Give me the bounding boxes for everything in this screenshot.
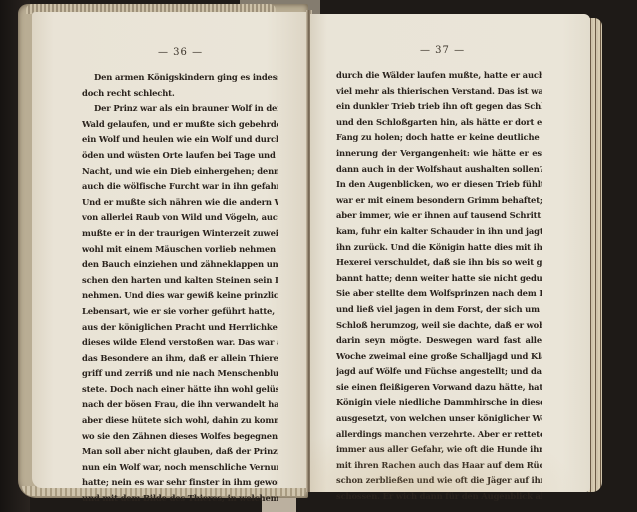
text-line: darin seyn mögte. Deswegen ward fast all… <box>336 333 542 349</box>
text-line: schossen. Er wich dann für den Augenblic… <box>336 489 542 505</box>
text-line: doch recht schlecht. <box>82 86 278 102</box>
text-line: Hexerei verschuldet, daß sie ihn bis so … <box>336 255 542 271</box>
text-line: Schloß herumzog, weil sie dachte, daß er… <box>336 318 542 334</box>
text-line: allerdings manchen verzehrte. Aber er re… <box>336 427 542 443</box>
text-line: den Bauch einziehen und zähneklappen und… <box>82 257 278 273</box>
page-number: — 37 — <box>420 45 465 56</box>
text-line: immer aus aller Gefahr, wie oft die Hund… <box>336 442 542 458</box>
text-line: aber immer, wie er ihnen auf tausend Sch… <box>336 208 542 224</box>
text-line: nun ein Wolf war, noch menschliche Vernu… <box>82 460 278 476</box>
text-line: auch die wölfische Furcht war in ihn gef… <box>82 179 278 195</box>
text-line: Man soll aber nicht glauben, daß der Pri… <box>82 444 278 460</box>
text-line: wohl mit einem Mäuschen vorlieb nehmen u… <box>82 242 278 258</box>
text-line: Fang zu holen; doch hatte er keine deutl… <box>336 130 542 146</box>
text-line: war er mit einem besondern Grimm behafte… <box>336 193 542 209</box>
text-line: griff und zerriß und nie nach Menschenbl… <box>82 366 278 382</box>
text-line: schon zerbließen und wie oft die Jäger a… <box>336 473 542 489</box>
text-line: öden und wüsten Orte laufen bei Tage und… <box>82 148 278 164</box>
text-line: Woche zweimal eine große Schalljagd und … <box>336 349 542 365</box>
text-line: und ließ viel jagen in dem Forst, der si… <box>336 302 542 318</box>
text-line: nehmen. Und dies war gewiß keine prinzli… <box>82 288 278 304</box>
text-line: und mit dem Bilde des Thieres, in welche… <box>82 491 278 507</box>
text-line: nach der bösen Frau, die ihn verwandelt … <box>82 397 278 413</box>
text-line: Den armen Königskindern ging es indessen <box>82 70 278 86</box>
text-line: Nacht, und wie ein Dieb einhergehen; den… <box>82 164 278 180</box>
page-text: durch die Wälder laufen mußte, hatte er … <box>336 68 542 505</box>
text-line: und den Schloßgarten hin, als hätte er d… <box>336 115 542 131</box>
text-line: ein Wolf und heulen wie ein Wolf und dur… <box>82 132 278 148</box>
text-line: innerung der Vergangenheit: wie hätte er… <box>336 146 542 162</box>
book-fore-edge <box>588 18 602 492</box>
text-line: viel mehr als thierischen Verstand. Das … <box>336 84 542 100</box>
page-number: — 36 — <box>158 47 203 58</box>
text-line: Wald gelaufen, und er mußte sich gebehrd… <box>82 117 278 133</box>
text-line: Königin viele niedliche Dammhirsche in d… <box>336 395 542 411</box>
text-line: kam, fuhr ein kalter Schauder in ihn und… <box>336 224 542 240</box>
text-line: Und er mußte sich nähren wie die andern … <box>82 195 278 211</box>
text-line: mit ihren Rachen auch das Haar auf dem R… <box>336 458 542 474</box>
text-line: dann auch in der Wolfshaut aushalten sol… <box>336 162 542 178</box>
text-line: durch die Wälder laufen mußte, hatte er … <box>336 68 542 84</box>
text-line: wo sie den Zähnen dieses Wolfes begegnen… <box>82 429 278 445</box>
text-line: mußte er in der traurigen Winterzeit zuw… <box>82 226 278 242</box>
text-line: sie einen fleißigeren Vorwand dazu hätte… <box>336 380 542 396</box>
text-line: von allerlei Raub von Wild und Vögeln, a… <box>82 210 278 226</box>
text-line: jagd auf Wölfe und Füchse angestellt; un… <box>336 364 542 380</box>
text-line: dieses wilde Elend verstoßen war. Das wa… <box>82 335 278 351</box>
text-line: Sie aber stellte dem Wolfsprinzen nach d… <box>336 286 542 302</box>
text-line: schen den harten und kalten Steinen sein… <box>82 273 278 289</box>
text-line: ein dunkler Trieb trieb ihn oft gegen da… <box>336 99 542 115</box>
text-line: In den Augenblicken, wo er diesen Trieb … <box>336 177 542 193</box>
text-line: stete. Doch nach einer hätte ihn wohl ge… <box>82 382 278 398</box>
text-line: Der Prinz war als ein brauner Wolf in de… <box>82 101 278 117</box>
right-page: — 37 — durch die Wälder laufen mußte, ha… <box>310 14 590 492</box>
text-line: bannt hatte; denn weiter hatte sie nicht… <box>336 271 542 287</box>
text-line: ausgesetzt, von welchen unser königliche… <box>336 411 542 427</box>
left-page: — 36 — Den armen Königskindern ging es i… <box>32 12 308 488</box>
text-line: aus der königlichen Pracht und Herrlichk… <box>82 320 278 336</box>
text-line: hatte; nein es war sehr finster in ihm g… <box>82 475 278 491</box>
text-line: ihn zurück. Und die Königin hatte dies m… <box>336 240 542 256</box>
text-line: aber diese hütete sich wohl, dahin zu ko… <box>82 413 278 429</box>
text-line: Lebensart, wie er sie vorher geführt hat… <box>82 304 278 320</box>
text-line: das Besondere an ihm, daß er allein Thie… <box>82 351 278 367</box>
page-text: Den armen Königskindern ging es indessen… <box>82 70 278 507</box>
